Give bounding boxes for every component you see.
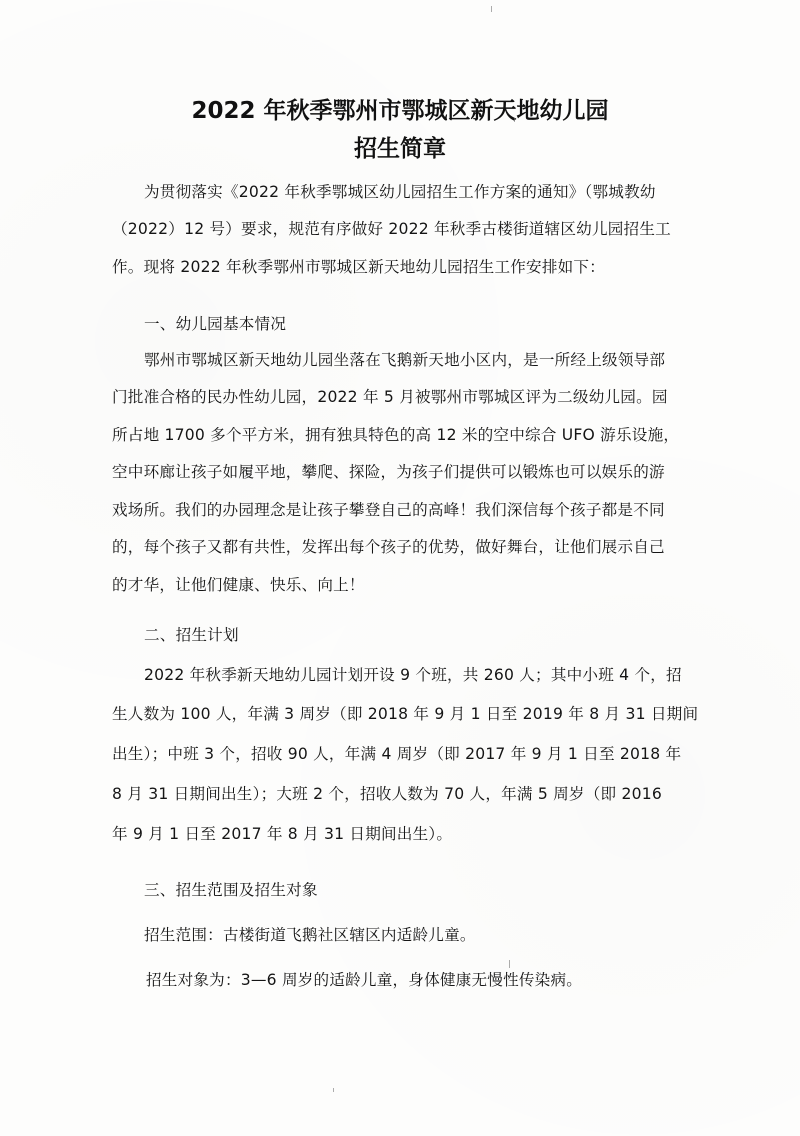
scan-artifact bbox=[333, 1088, 334, 1092]
section3-line-2: 招生对象为：3—6 周岁的适龄儿童，身体健康无慢性传染病。 bbox=[146, 970, 800, 990]
section2-line-4: 8 月 31 日期间出生）；大班 2 个，招收人数为 70 人，年满 5 周岁（… bbox=[112, 784, 772, 804]
document-subtitle: 招生简章 bbox=[0, 130, 800, 163]
section2-line-5: 年 9 月 1 日至 2017 年 8 月 31 日期间出生）。 bbox=[112, 824, 772, 844]
section-heading-basic-info: 一、幼儿园基本情况 bbox=[144, 314, 800, 334]
section1-line-6: 的，每个孩子又都有共性，发挥出每个孩子的优势，做好舞台，让他们展示自己 bbox=[112, 537, 772, 557]
section1-line-5: 戏场所。我们的办园理念是让孩子攀登自己的高峰！我们深信每个孩子都是不同 bbox=[112, 500, 772, 520]
scan-artifact bbox=[491, 6, 492, 12]
section-heading-scope-and-target: 三、招生范围及招生对象 bbox=[144, 880, 800, 900]
section1-line-4: 空中环廊让孩子如履平地，攀爬、探险，为孩子们提供可以锻炼也可以娱乐的游 bbox=[112, 462, 772, 482]
section3-line-1: 招生范围：古楼街道飞鹅社区辖区内适龄儿童。 bbox=[144, 925, 800, 945]
section1-line-1: 鄂州市鄂城区新天地幼儿园坐落在飞鹅新天地小区内，是一所经上级领导部 bbox=[144, 350, 800, 370]
scanned-document-page: 2022 年秋季鄂州市鄂城区新天地幼儿园 招生简章 为贯彻落实《2022 年秋季… bbox=[0, 0, 800, 1136]
section2-line-1: 2022 年秋季新天地幼儿园计划开设 9 个班，共 260 人；其中小班 4 个… bbox=[144, 665, 800, 685]
section1-line-2: 门批准合格的民办性幼儿园，2022 年 5 月被鄂州市鄂城区评为二级幼儿园。园 bbox=[112, 387, 772, 407]
intro-line-2: （2022）12 号）要求，规范有序做好 2022 年秋季古楼街道辖区幼儿园招生… bbox=[112, 219, 772, 239]
section1-line-7: 的才华，让他们健康、快乐、向上！ bbox=[112, 575, 772, 595]
intro-line-1: 为贯彻落实《2022 年秋季鄂城区幼儿园招生工作方案的通知》（鄂城教幼 bbox=[144, 182, 772, 202]
document-title: 2022 年秋季鄂州市鄂城区新天地幼儿园 bbox=[0, 92, 800, 125]
scan-artifact bbox=[509, 960, 510, 968]
section2-line-2: 生人数为 100 人，年满 3 周岁（即 2018 年 9 月 1 日至 201… bbox=[112, 704, 772, 724]
intro-line-3: 作。现将 2022 年秋季鄂州市鄂城区新天地幼儿园招生工作安排如下： bbox=[112, 257, 772, 277]
section-heading-enrollment-plan: 二、招生计划 bbox=[144, 625, 800, 645]
section1-line-3: 所占地 1700 多个平方米，拥有独具特色的高 12 米的空中综合 UFO 游乐… bbox=[112, 425, 772, 445]
scan-artifact bbox=[514, 118, 515, 122]
section2-line-3: 出生）；中班 3 个，招收 90 人，年满 4 周岁（即 2017 年 9 月 … bbox=[112, 744, 772, 764]
